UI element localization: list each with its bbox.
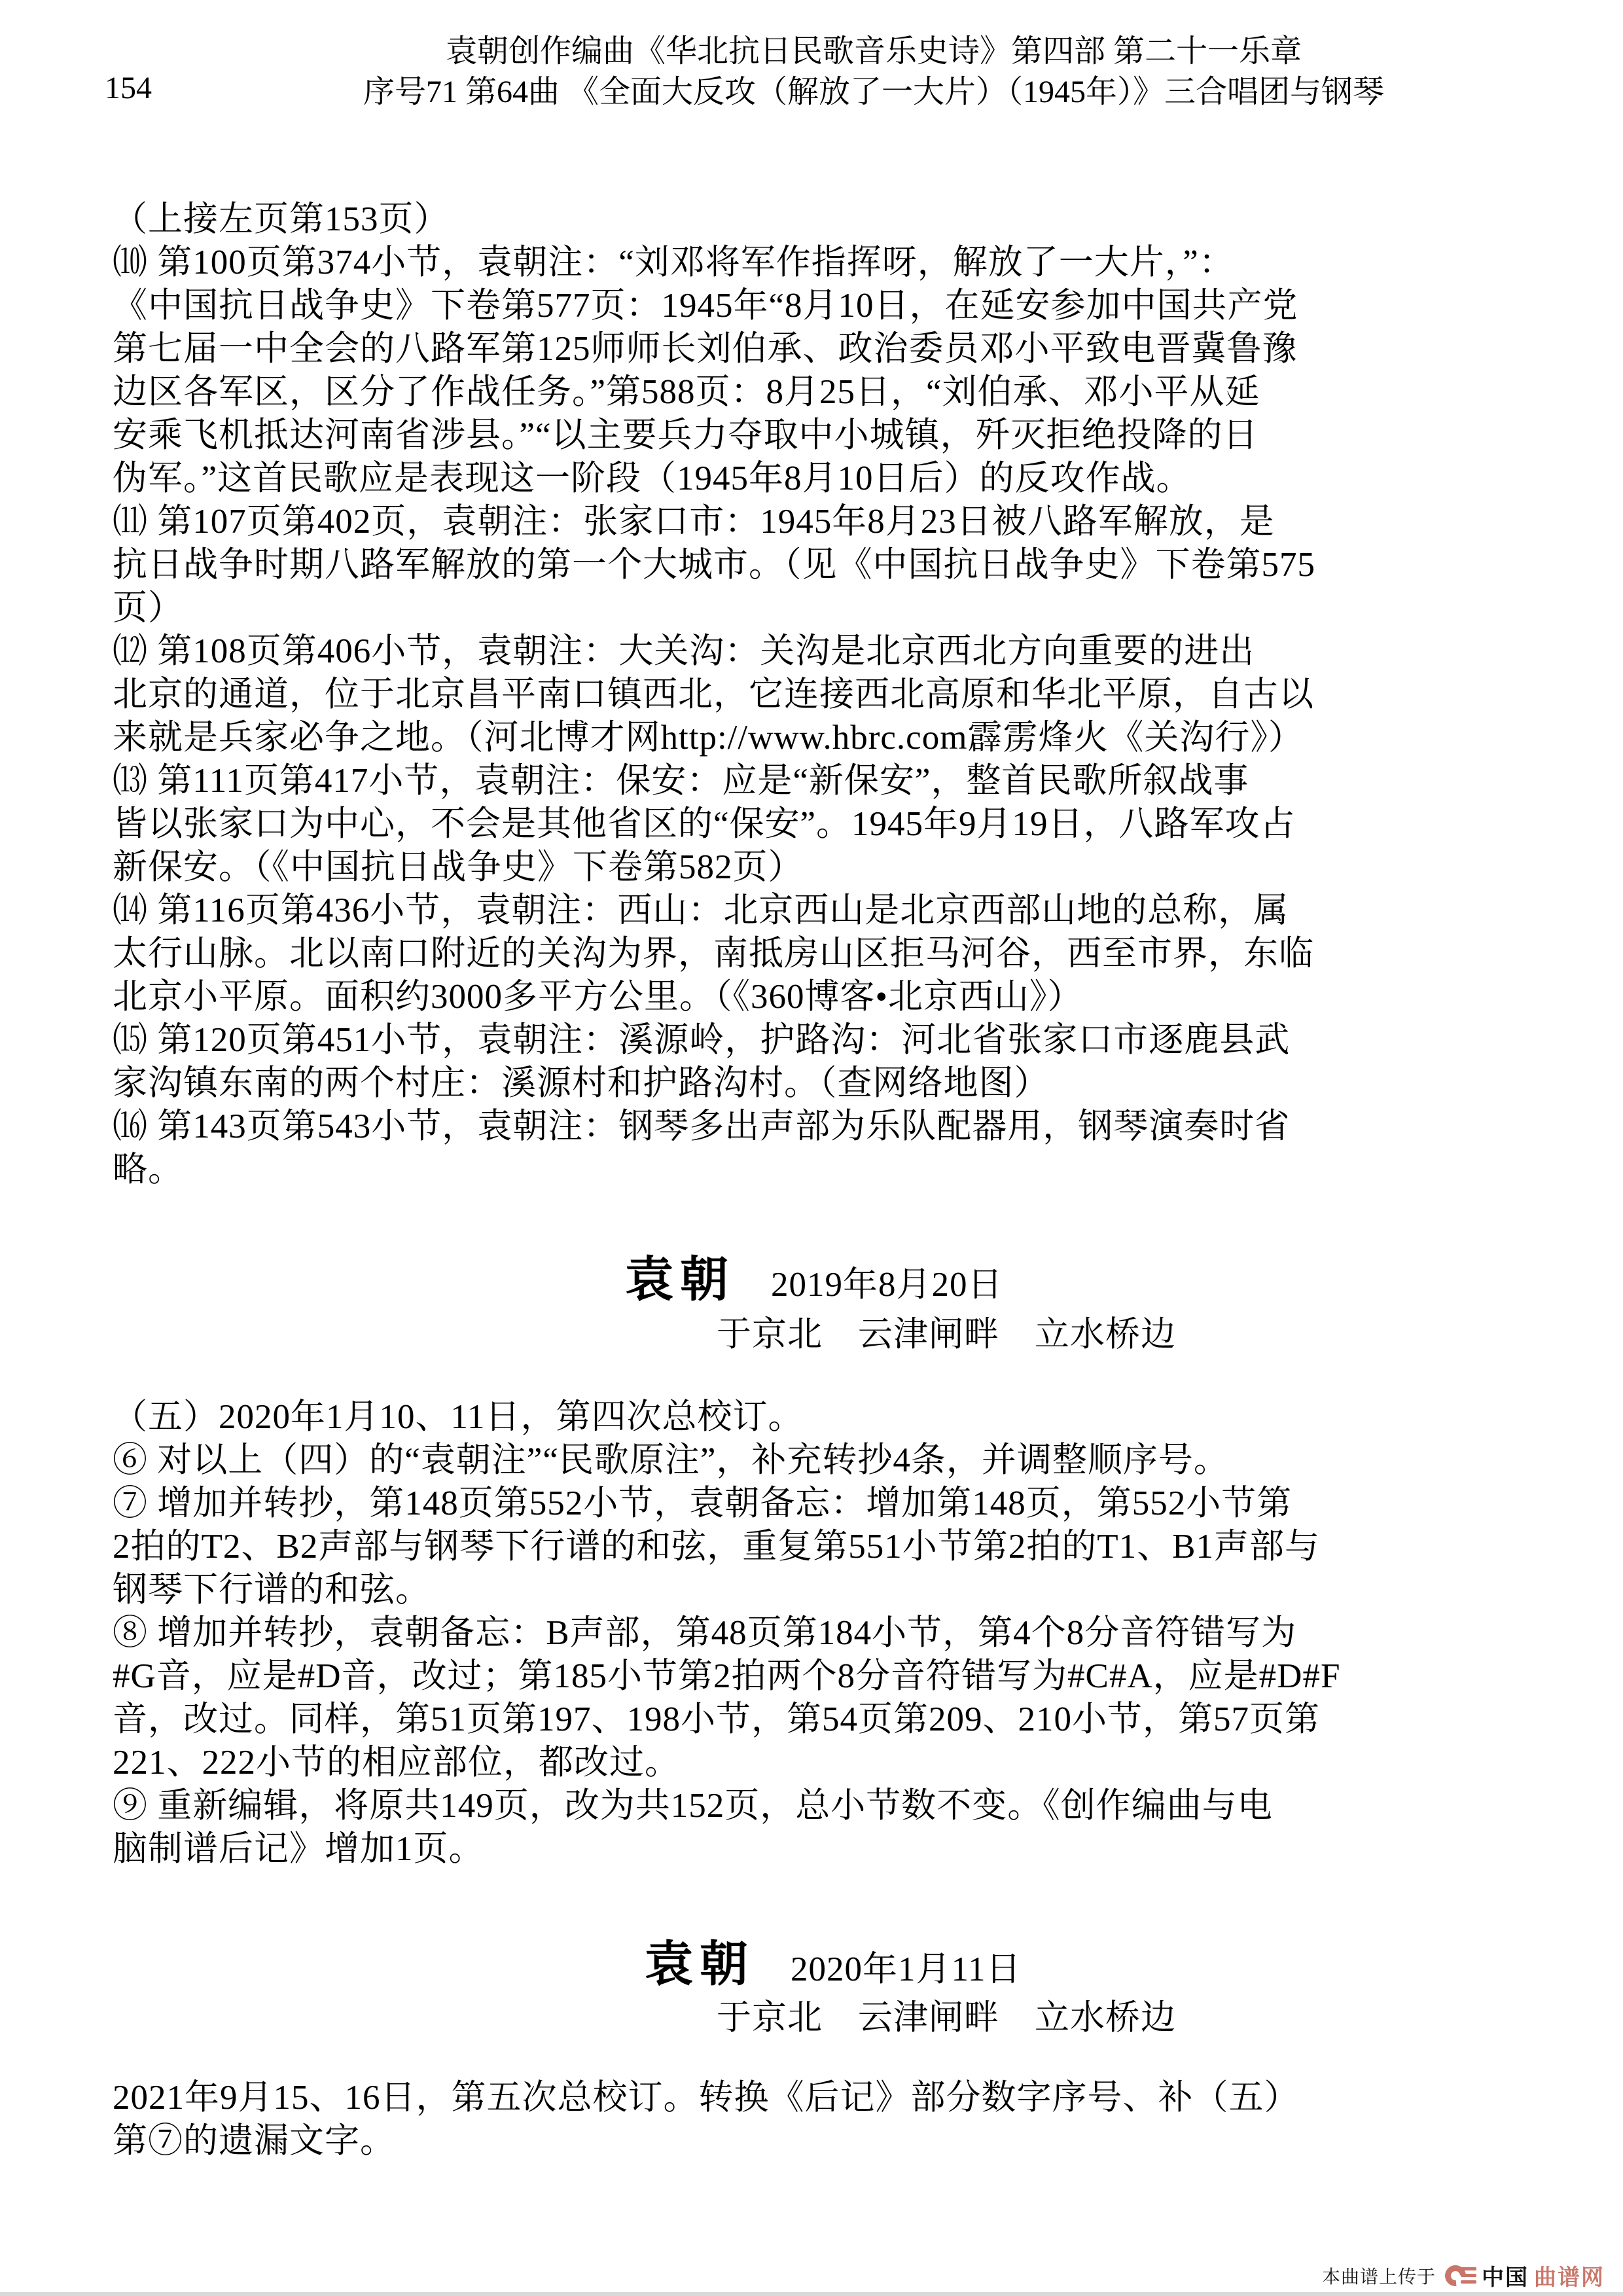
text-line: 第七届一中全会的八路军第125师师长刘伯承、政治委员邓小平致电晋冀鲁豫 xyxy=(113,327,1587,370)
text-line: ⑥ 对以上（四）的“袁朝注”“民歌原注”，补充转抄4条，并调整顺序号。 xyxy=(113,1439,1587,1482)
signature-date: 2019年8月20日 xyxy=(771,1266,1003,1304)
text-line: ⒃ 第143页第543小节，袁朝注：钢琴多出声部为乐队配器用，钢琴演奏时省 xyxy=(113,1105,1587,1148)
text-line: 第⑦的遗漏文字。 xyxy=(113,2119,1587,2162)
text-line: （上接左页第153页） xyxy=(113,198,1587,241)
text-line: 家沟镇东南的两个村庄：溪源村和护路沟村。（查网络地图） xyxy=(113,1062,1587,1105)
text-line: ⑨ 重新编辑，将原共149页，改为共152页，总小节数不变。《创作编曲与电 xyxy=(113,1784,1587,1827)
text-line: 安乘飞机抵达河南省涉县。”“以主要兵力夺取中小城镇，歼灭拒绝投降的日 xyxy=(113,414,1587,457)
brand-name-red: 曲谱网 xyxy=(1534,2259,1605,2291)
text-line: ⒂ 第120页第451小节，袁朝注：溪源岭，护路沟：河北省张家口市逐鹿县武 xyxy=(113,1018,1587,1062)
text-line: 太行山脉。北以南口附近的关沟为界，南抵房山区拒马河谷，西至市界，东临 xyxy=(113,932,1587,975)
signature-place: 于京北 云津闸畔 立水桥边 xyxy=(717,1990,1176,2039)
author-name: 袁朝 xyxy=(625,1253,735,1307)
text-line: 脑制谱后记》增加1页。 xyxy=(113,1827,1587,1871)
signature-1: 袁朝2019年8月20日 xyxy=(625,1241,1003,1310)
text-line: 2021年9月15、16日，第五次总校订。转换《后记》部分数字序号、补（五） xyxy=(113,2076,1587,2119)
text-line: 新保安。（《中国抗日战争史》下卷第582页） xyxy=(113,846,1587,889)
text-line: ⑿ 第108页第406小节，袁朝注：大关沟：关沟是北京西北方向重要的进出 xyxy=(113,630,1587,673)
text-line: 2拍的T2、B2声部与钢琴下行谱的和弦，重复第551小节第2拍的T1、B1声部与 xyxy=(113,1525,1587,1568)
text-line: 221、222小节的相应部位，都改过。 xyxy=(113,1741,1587,1784)
text-line: ⑧ 增加并转抄，袁朝备忘：B声部，第48页第184小节，第4个8分音符错写为 xyxy=(113,1611,1587,1655)
text-line: 《中国抗日战争史》下卷第577页：1945年“8月10日，在延安参加中国共产党 xyxy=(113,284,1587,327)
annotations-block: （上接左页第153页）⑽ 第100页第374小节，袁朝注：“刘邓将军作指挥呀，解… xyxy=(113,198,1587,1191)
document-page: 154 袁朝创作编曲《华北抗日民歌音乐史诗》第四部 第二十一乐章 序号71 第6… xyxy=(0,0,1623,2296)
text-line: 北京的通道，位于北京昌平南口镇西北，它连接西北高原和华北平原，自古以 xyxy=(113,673,1587,716)
text-line: ⑾ 第107页第402页，袁朝注：张家口市：1945年8月23日被八路军解放，是 xyxy=(113,500,1587,543)
text-line: #G音，应是#D音，改过；第185小节第2拍两个8分音符错写为#C#A，应是#D… xyxy=(113,1655,1587,1698)
signature-2: 袁朝2020年1月11日 xyxy=(645,1926,1022,1995)
header-title-line1: 袁朝创作编曲《华北抗日民歌音乐史诗》第四部 第二十一乐章 xyxy=(124,31,1623,72)
revision-block: （五）2020年1月10、11日，第四次总校订。⑥ 对以上（四）的“袁朝注”“民… xyxy=(113,1395,1587,1871)
text-line: 来就是兵家必争之地。（河北博才网http://www.hbrc.com霹雳烽火《… xyxy=(113,716,1587,759)
text-line: 皆以张家口为中心，不会是其他省区的“保安”。1945年9月19日，八路军攻占 xyxy=(113,802,1587,846)
scan-edge-artifact xyxy=(0,2292,1623,2296)
text-line: 伪军。”这首民歌应是表现这一阶段（1945年8月10日后）的反攻作战。 xyxy=(113,457,1587,500)
text-line: 边区各军区，区分了作战任务。”第588页：8月25日，“刘伯承、邓小平从延 xyxy=(113,370,1587,414)
author-name: 袁朝 xyxy=(645,1938,755,1992)
text-line: （五）2020年1月10、11日，第四次总校订。 xyxy=(113,1395,1587,1439)
header-title-line2: 序号71 第64曲 《全面大反攻（解放了一大片）（1945年）》三合唱团与钢琴 xyxy=(124,72,1623,113)
final-note-block: 2021年9月15、16日，第五次总校订。转换《后记》部分数字序号、补（五）第⑦… xyxy=(113,2076,1587,2162)
text-line: 钢琴下行谱的和弦。 xyxy=(113,1568,1587,1611)
text-line: 北京小平原。面积约3000多平方公里。（《360博客•北京西山》） xyxy=(113,975,1587,1018)
watermark-text: 本曲谱上传于 xyxy=(1322,2263,1436,2289)
text-line: 页） xyxy=(113,586,1587,630)
watermark: 本曲谱上传于 中国 曲谱网 xyxy=(1322,2259,1605,2291)
text-line: ⑽ 第100页第374小节，袁朝注：“刘邓将军作指挥呀，解放了一大片，”： xyxy=(113,241,1587,284)
signature-date: 2020年1月11日 xyxy=(791,1950,1022,1988)
text-line: 略。 xyxy=(113,1148,1587,1191)
page-header: 袁朝创作编曲《华北抗日民歌音乐史诗》第四部 第二十一乐章 序号71 第64曲 《… xyxy=(0,31,1623,113)
text-line: ⒁ 第116页第436小节，袁朝注：西山：北京西山是北京西部山地的总称，属 xyxy=(113,889,1587,932)
brand-name-black: 中国 xyxy=(1482,2259,1529,2291)
text-line: ⑦ 增加并转抄，第148页第552小节，袁朝备忘：增加第148页，第552小节第 xyxy=(113,1482,1587,1525)
qupu-logo-icon xyxy=(1445,2265,1476,2286)
text-line: 抗日战争时期八路军解放的第一个大城市。（见《中国抗日战争史》下卷第575 xyxy=(113,543,1587,586)
text-line: ⒀ 第111页第417小节，袁朝注：保安：应是“新保安”，整首民歌所叙战事 xyxy=(113,759,1587,802)
signature-place: 于京北 云津闸畔 立水桥边 xyxy=(717,1306,1176,1356)
text-line: 音，改过。同样，第51页第197、198小节，第54页第209、210小节，第5… xyxy=(113,1698,1587,1741)
